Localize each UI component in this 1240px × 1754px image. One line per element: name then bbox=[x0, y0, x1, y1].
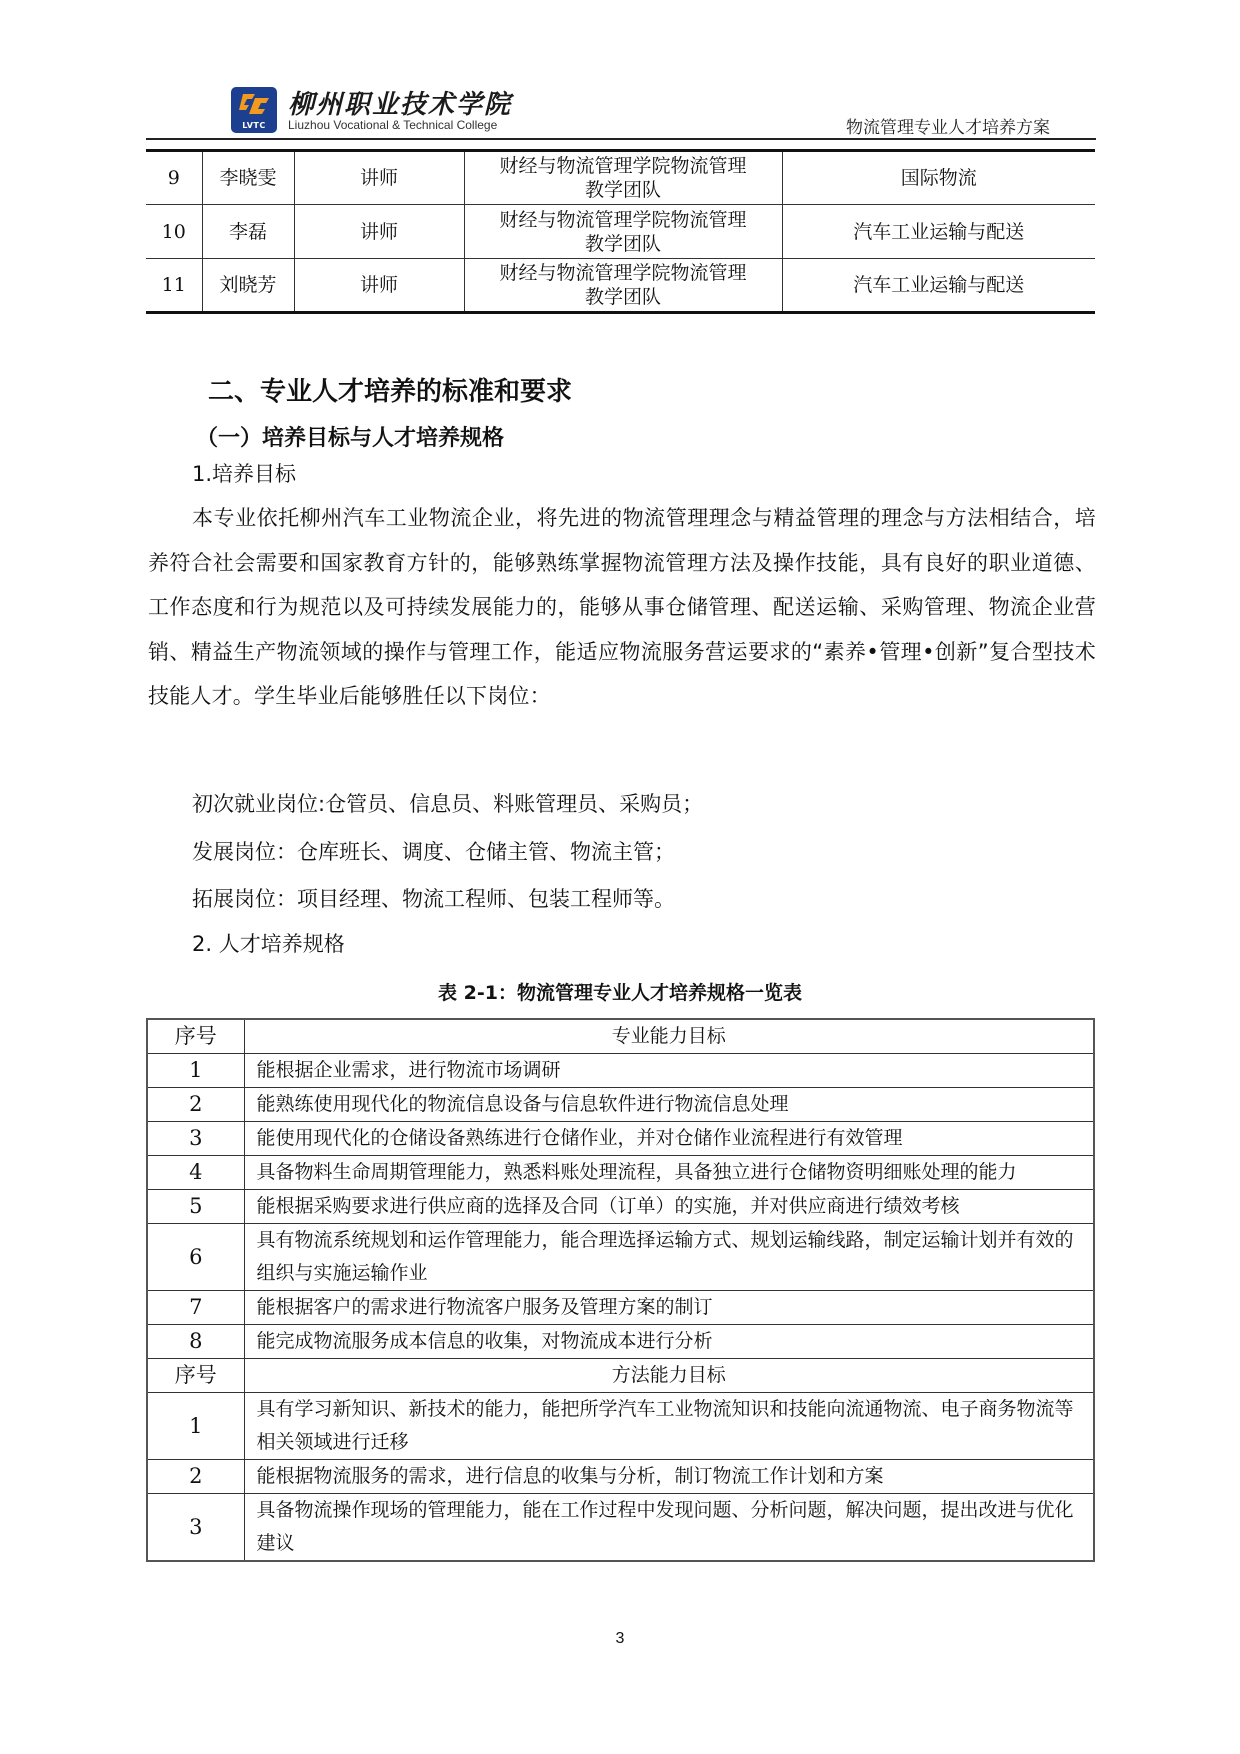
cell-title: 讲师 bbox=[294, 151, 464, 205]
cell-name: 刘晓芳 bbox=[202, 259, 294, 313]
document-title: 物流管理专业人才培养方案 bbox=[846, 113, 1050, 138]
cell-no: 1 bbox=[147, 1054, 244, 1088]
page-header: LVTC 柳州职业技术学院 Liuzhou Vocational & Techn… bbox=[146, 84, 1096, 138]
teacher-table: 9 李晓雯 讲师 财经与物流管理学院物流管理教学团队 国际物流 10 李磊 讲师… bbox=[146, 149, 1095, 314]
dept-line: 财经与物流管理学院物流管理 bbox=[469, 261, 778, 285]
post-initial: 初次就业岗位:仓管员、信息员、料账管理员、采购员； bbox=[192, 788, 703, 818]
table-row: 6具有物流系统规划和运作管理能力，能合理选择运输方式、规划运输线路，制定运输计划… bbox=[147, 1224, 1094, 1291]
header-divider bbox=[146, 138, 1096, 140]
dept-line: 财经与物流管理学院物流管理 bbox=[469, 208, 778, 232]
cell-dept: 财经与物流管理学院物流管理教学团队 bbox=[464, 151, 782, 205]
table-row: 1能根据企业需求，进行物流市场调研 bbox=[147, 1054, 1094, 1088]
cell-no: 3 bbox=[147, 1494, 244, 1562]
subheading-training-goal: 1.培养目标 bbox=[192, 458, 296, 488]
cell-text: 能根据物流服务的需求，进行信息的收集与分析，制订物流工作计划和方案 bbox=[244, 1460, 1094, 1494]
cell-text: 具有学习新知识、新技术的能力，能把所学汽车工业物流知识和技能向流通物流、电子商务… bbox=[244, 1393, 1094, 1460]
dept-line: 教学团队 bbox=[469, 232, 778, 256]
cell-no: 10 bbox=[146, 205, 202, 259]
cell-dept: 财经与物流管理学院物流管理教学团队 bbox=[464, 205, 782, 259]
post-development: 发展岗位：仓库班长、调度、仓储主管、物流主管； bbox=[192, 836, 675, 866]
table-row: 4具备物料生命周期管理能力，熟悉料账处理流程，具备独立进行仓储物资明细账处理的能… bbox=[147, 1156, 1094, 1190]
specification-table: 序号 专业能力目标 1能根据企业需求，进行物流市场调研 2能熟练使用现代化的物流… bbox=[146, 1018, 1095, 1562]
section-heading: 二、专业人才培养的标准和要求 bbox=[208, 371, 572, 408]
cell-text: 具备物流操作现场的管理能力，能在工作过程中发现问题、分析问题，解决问题，提出改进… bbox=[244, 1494, 1094, 1562]
dept-line: 教学团队 bbox=[469, 178, 778, 202]
post-expansion: 拓展岗位：项目经理、物流工程师、包装工程师等。 bbox=[192, 883, 675, 913]
school-name-cn: 柳州职业技术学院 bbox=[288, 84, 512, 121]
table-row: 2能熟练使用现代化的物流信息设备与信息软件进行物流信息处理 bbox=[147, 1088, 1094, 1122]
cell-no: 7 bbox=[147, 1291, 244, 1325]
cell-text: 能根据企业需求，进行物流市场调研 bbox=[244, 1054, 1094, 1088]
cell-text: 能使用现代化的仓储设备熟练进行仓储作业，并对仓储作业流程进行有效管理 bbox=[244, 1122, 1094, 1156]
school-logo: LVTC bbox=[231, 87, 277, 133]
table-row: 11 刘晓芳 讲师 财经与物流管理学院物流管理教学团队 汽车工业运输与配送 bbox=[146, 259, 1095, 313]
table-row: 8能完成物流服务成本信息的收集，对物流成本进行分析 bbox=[147, 1325, 1094, 1359]
cell-direction: 国际物流 bbox=[782, 151, 1095, 205]
cell-no: 11 bbox=[146, 259, 202, 313]
table-row: 3能使用现代化的仓储设备熟练进行仓储作业，并对仓储作业流程进行有效管理 bbox=[147, 1122, 1094, 1156]
page-number: 3 bbox=[0, 1630, 1240, 1648]
cell-no: 9 bbox=[146, 151, 202, 205]
cell-text: 能根据采购要求进行供应商的选择及合同（订单）的实施，并对供应商进行绩效考核 bbox=[244, 1190, 1094, 1224]
table-header-row: 序号 方法能力目标 bbox=[147, 1359, 1094, 1393]
subsection-heading: （一）培养目标与人才培养规格 bbox=[196, 421, 504, 452]
cell-name: 李晓雯 bbox=[202, 151, 294, 205]
cell-no: 2 bbox=[147, 1460, 244, 1494]
cell-no: 3 bbox=[147, 1122, 244, 1156]
cell-no: 5 bbox=[147, 1190, 244, 1224]
table-row: 9 李晓雯 讲师 财经与物流管理学院物流管理教学团队 国际物流 bbox=[146, 151, 1095, 205]
table-header-row: 序号 专业能力目标 bbox=[147, 1019, 1094, 1054]
lvtc-logo-icon bbox=[239, 92, 269, 116]
cell-no: 1 bbox=[147, 1393, 244, 1460]
table-row: 10 李磊 讲师 财经与物流管理学院物流管理教学团队 汽车工业运输与配送 bbox=[146, 205, 1095, 259]
header-no: 序号 bbox=[147, 1359, 244, 1393]
cell-no: 6 bbox=[147, 1224, 244, 1291]
cell-direction: 汽车工业运输与配送 bbox=[782, 259, 1095, 313]
header-no: 序号 bbox=[147, 1019, 244, 1054]
cell-text: 能熟练使用现代化的物流信息设备与信息软件进行物流信息处理 bbox=[244, 1088, 1094, 1122]
dept-line: 财经与物流管理学院物流管理 bbox=[469, 154, 778, 178]
cell-title: 讲师 bbox=[294, 205, 464, 259]
header-goal: 专业能力目标 bbox=[244, 1019, 1094, 1054]
cell-text: 能根据客户的需求进行物流客户服务及管理方案的制订 bbox=[244, 1291, 1094, 1325]
subheading-specification: 2. 人才培养规格 bbox=[192, 928, 345, 958]
cell-no: 2 bbox=[147, 1088, 244, 1122]
cell-text: 具有物流系统规划和运作管理能力，能合理选择运输方式、规划运输线路，制定运输计划并… bbox=[244, 1224, 1094, 1291]
training-goal-paragraph: 本专业依托柳州汽车工业物流企业，将先进的物流管理理念与精益管理的理念与方法相结合… bbox=[148, 496, 1096, 719]
cell-no: 8 bbox=[147, 1325, 244, 1359]
cell-text: 具备物料生命周期管理能力，熟悉料账处理流程，具备独立进行仓储物资明细账处理的能力 bbox=[244, 1156, 1094, 1190]
table-row: 3具备物流操作现场的管理能力，能在工作过程中发现问题、分析问题，解决问题，提出改… bbox=[147, 1494, 1094, 1562]
cell-direction: 汽车工业运输与配送 bbox=[782, 205, 1095, 259]
table-caption: 表 2-1：物流管理专业人才培养规格一览表 bbox=[0, 978, 1240, 1005]
header-goal: 方法能力目标 bbox=[244, 1359, 1094, 1393]
school-name-en: Liuzhou Vocational & Technical College bbox=[288, 118, 497, 132]
table-row: 2能根据物流服务的需求，进行信息的收集与分析，制订物流工作计划和方案 bbox=[147, 1460, 1094, 1494]
cell-name: 李磊 bbox=[202, 205, 294, 259]
dept-line: 教学团队 bbox=[469, 285, 778, 309]
table-row: 7能根据客户的需求进行物流客户服务及管理方案的制订 bbox=[147, 1291, 1094, 1325]
cell-no: 4 bbox=[147, 1156, 244, 1190]
cell-text: 能完成物流服务成本信息的收集，对物流成本进行分析 bbox=[244, 1325, 1094, 1359]
table-row: 1具有学习新知识、新技术的能力，能把所学汽车工业物流知识和技能向流通物流、电子商… bbox=[147, 1393, 1094, 1460]
cell-dept: 财经与物流管理学院物流管理教学团队 bbox=[464, 259, 782, 313]
cell-title: 讲师 bbox=[294, 259, 464, 313]
table-row: 5能根据采购要求进行供应商的选择及合同（订单）的实施，并对供应商进行绩效考核 bbox=[147, 1190, 1094, 1224]
logo-abbreviation: LVTC bbox=[231, 121, 277, 130]
